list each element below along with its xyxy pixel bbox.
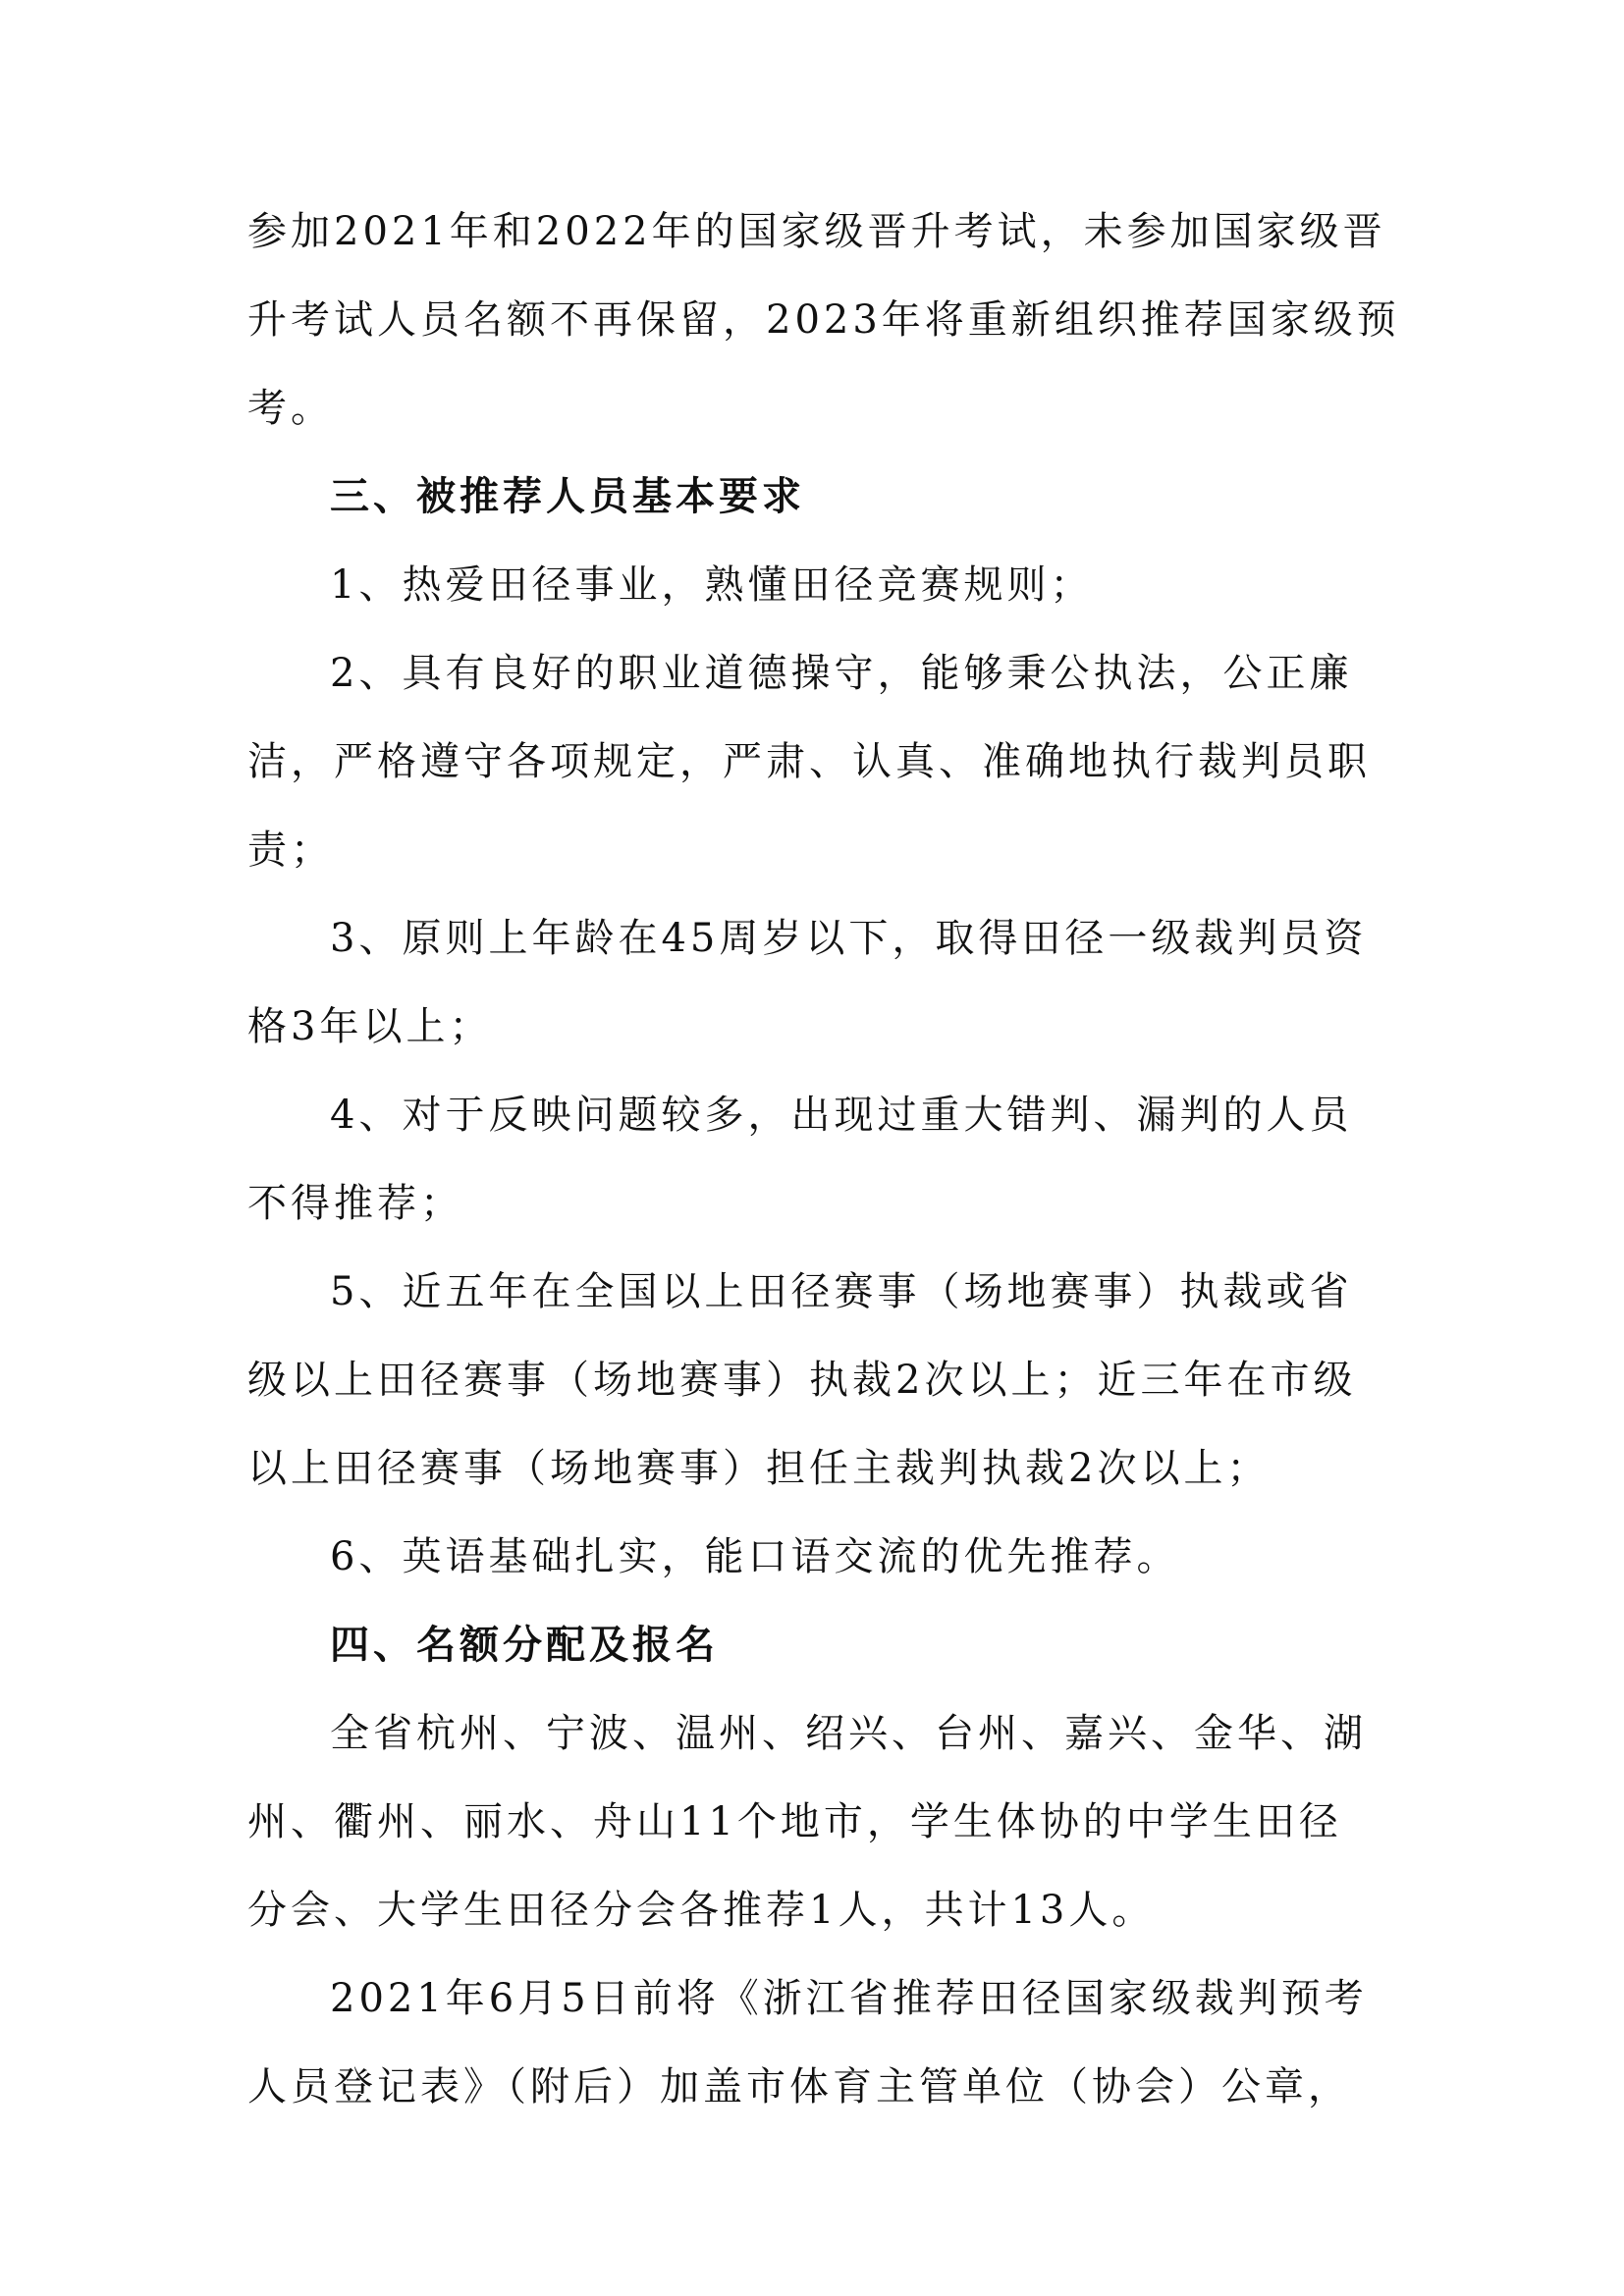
paragraph-line: 以上田径赛事（场地赛事）担任主裁判执裁2次以上； [247,1445,1270,1492]
paragraph-line: 升考试人员名额不再保留，2023年将重新组织推荐国家级预 [247,296,1400,344]
requirement-item-1: 1、热爱田径事业，熟懂田径竞赛规则； [330,561,1093,609]
paragraph-line: 全省杭州、宁波、温州、绍兴、台州、嘉兴、金华、湖 [330,1710,1367,1757]
section-heading-requirements: 三、被推荐人员基本要求 [330,473,805,520]
requirement-item-4: 4、对于反映问题较多，出现过重大错判、漏判的人员 [330,1092,1352,1139]
paragraph-line: 责； [247,827,334,874]
paragraph-line: 不得推荐； [247,1180,463,1227]
paragraph-line: 考。 [247,385,334,432]
paragraph-line: 参加2021年和2022年的国家级晋升考试，未参加国家级晋 [247,208,1386,255]
paragraph-line: 州、衢州、丽水、舟山11个地市，学生体协的中学生田径 [247,1798,1342,1845]
requirement-item-2: 2、具有良好的职业道德操守，能够秉公执法，公正廉 [330,650,1352,697]
requirement-item-5: 5、近五年在全国以上田径赛事（场地赛事）执裁或省 [330,1268,1352,1315]
paragraph-line: 分会、大学生田径分会各推荐1人，共计13人。 [247,1887,1155,1934]
paragraph-line: 级以上田径赛事（场地赛事）执裁2次以上；近三年在市级 [247,1357,1356,1404]
paragraph-line: 2021年6月5日前将《浙江省推荐田径国家级裁判预考 [330,1975,1368,2022]
paragraph-line: 洁，严格遵守各项规定，严肃、认真、准确地执行裁判员职 [247,738,1371,785]
requirement-item-3: 3、原则上年龄在45周岁以下，取得田径一级裁判员资 [330,915,1367,962]
paragraph-line: 格3年以上； [247,1003,492,1050]
paragraph-line: 人员登记表》（附后）加盖市体育主管单位（协会）公章， [247,2063,1351,2110]
section-heading-quota: 四、名额分配及报名 [330,1622,719,1669]
requirement-item-6: 6、英语基础扎实，能口语交流的优先推荐。 [330,1533,1179,1580]
